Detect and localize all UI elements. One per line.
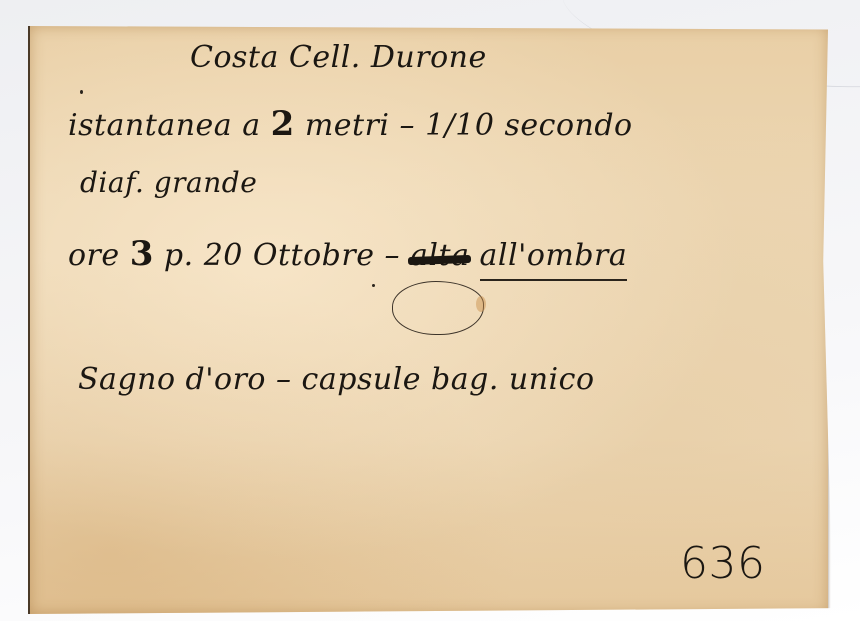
oval-sketch (392, 281, 484, 335)
pencil-dot (372, 284, 375, 287)
note-line-materials: Sagno d'oro – capsule bag. unico (78, 362, 595, 397)
exposure-text-a: istantanea a (68, 108, 271, 143)
note-heading: Costa Cell. Durone (190, 40, 487, 75)
scan-background: Costa Cell. Durone istantanea a 2 metri … (0, 0, 860, 621)
catalog-number: 636 (680, 538, 765, 589)
exposure-text-b: metri – 1/10 secondo (295, 108, 633, 143)
underlined-phrase: all'ombra (480, 238, 628, 281)
note-line-time: ore 3 p. 20 Ottobre – alta all'ombra (68, 234, 627, 281)
note-line-aperture: diaf. grande (80, 166, 257, 199)
time-text-a: ore (68, 238, 130, 273)
distance-number: 2 (271, 104, 295, 144)
stain-mark (476, 296, 486, 312)
struck-word: alta (410, 238, 469, 273)
time-text-b: p. 20 Ottobre – (154, 238, 410, 273)
hour-number: 3 (130, 234, 154, 274)
note-line-exposure: istantanea a 2 metri – 1/10 secondo (68, 104, 633, 144)
photo-back-paper: Costa Cell. Durone istantanea a 2 metri … (28, 26, 828, 614)
ink-speck (80, 90, 83, 94)
